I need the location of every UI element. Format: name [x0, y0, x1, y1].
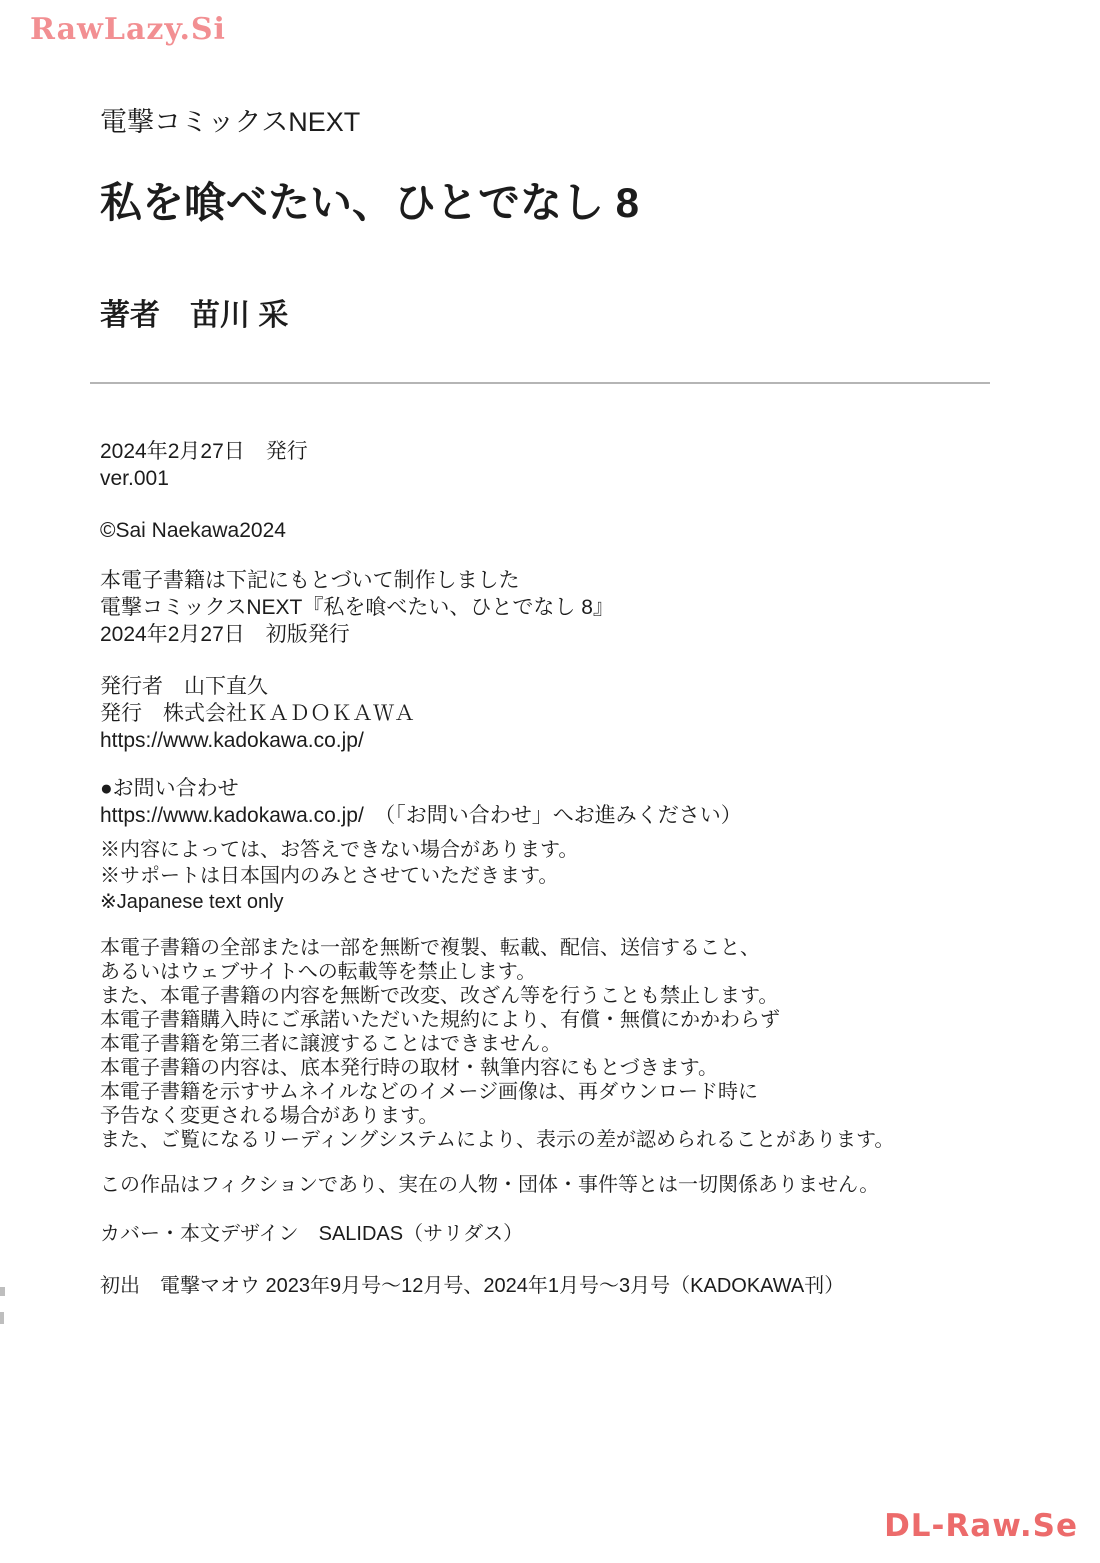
contact-note-line: ※サポートは日本国内のみとさせていただきます。	[100, 863, 1060, 889]
first-publication-line: 初出 電撃マオウ 2023年9月号〜12月号、2024年1月号〜3月号（KADO…	[100, 1273, 1060, 1299]
watermark-top-left: RawLazy.Si	[30, 12, 226, 47]
issue-date-line: 2024年2月27日 発行	[100, 438, 1060, 465]
contact-heading: ●お問い合わせ	[100, 775, 1060, 802]
legal-line: あるいはウェブサイトへの転載等を禁止します。	[100, 960, 1060, 984]
legal-line: 本電子書籍の全部または一部を無断で複製、転載、配信、送信すること、	[100, 936, 1060, 960]
publisher-url: https://www.kadokawa.co.jp/	[100, 727, 1060, 754]
publisher-block: 発行者 山下直久 発行 株式会社ＫＡＤＯＫＡＷＡ https://www.kad…	[100, 673, 1060, 754]
contact-notes-block: ※内容によっては、お答えできない場合があります。 ※サポートは日本国内のみとさせ…	[100, 837, 1060, 915]
source-note-line: 2024年2月27日 初版発行	[100, 621, 1060, 648]
source-note-line: 本電子書籍は下記にもとづいて制作しました	[100, 567, 1060, 594]
legal-line: 本電子書籍を示すサムネイルなどのイメージ画像は、再ダウンロード時に	[100, 1080, 1060, 1104]
author-line: 著者 苗川 采	[100, 290, 288, 334]
imprint-label: 電撃コミックスNEXT	[100, 100, 360, 139]
legal-line: 本電子書籍購入時にご承諾いただいた規約により、有償・無償にかかわらず	[100, 1008, 1060, 1032]
legal-line: 本電子書籍の内容は、底本発行時の取材・執筆内容にもとづきます。	[100, 1056, 1060, 1080]
contact-note-line: ※Japanese text only	[100, 889, 1060, 915]
legal-line: 本電子書籍を第三者に譲渡することはできません。	[100, 1032, 1060, 1056]
legal-line: また、本電子書籍の内容を無断で改変、改ざん等を行うことも禁止します。	[100, 984, 1060, 1008]
contact-block: ●お問い合わせ https://www.kadokawa.co.jp/ （「お問…	[100, 775, 1060, 829]
scan-artifact	[0, 1312, 4, 1324]
legal-line: 予告なく変更される場合があります。	[100, 1104, 1060, 1128]
watermark-bottom-right: DL-Raw.Se	[884, 1508, 1078, 1544]
source-note-line: 電撃コミックスNEXT『私を喰べたい、ひとでなし 8』	[100, 594, 1060, 621]
fiction-disclaimer: この作品はフィクションであり、実在の人物・団体・事件等とは一切関係ありません。	[100, 1172, 1060, 1198]
publisher-company-line: 発行 株式会社ＫＡＤＯＫＡＷＡ	[100, 700, 1060, 727]
copyright-line: ©Sai Naekawa2024	[100, 517, 1060, 544]
colophon-page: RawLazy.Si 電撃コミックスNEXT 私を喰べたい、ひとでなし 8 著者…	[0, 0, 1100, 1563]
legal-notice-block: 本電子書籍の全部または一部を無断で複製、転載、配信、送信すること、 あるいはウェ…	[100, 936, 1060, 1152]
publication-block: 2024年2月27日 発行 ver.001	[100, 438, 1060, 492]
version-line: ver.001	[100, 465, 1060, 492]
book-title: 私を喰べたい、ひとでなし 8	[100, 170, 639, 230]
colophon-body: 2024年2月27日 発行 ver.001 ©Sai Naekawa2024 本…	[100, 430, 1060, 1299]
legal-line: また、ご覧になるリーディングシステムにより、表示の差が認められることがあります。	[100, 1128, 1060, 1152]
horizontal-divider	[90, 382, 990, 384]
scan-artifact	[0, 1287, 5, 1296]
design-credit: カバー・本文デザイン SALIDAS（サリダス）	[100, 1221, 1060, 1247]
source-note-block: 本電子書籍は下記にもとづいて制作しました 電撃コミックスNEXT『私を喰べたい、…	[100, 567, 1060, 648]
contact-note-line: ※内容によっては、お答えできない場合があります。	[100, 837, 1060, 863]
publisher-person-line: 発行者 山下直久	[100, 673, 1060, 700]
contact-url-line: https://www.kadokawa.co.jp/ （「お問い合わせ」へお進…	[100, 802, 1060, 829]
